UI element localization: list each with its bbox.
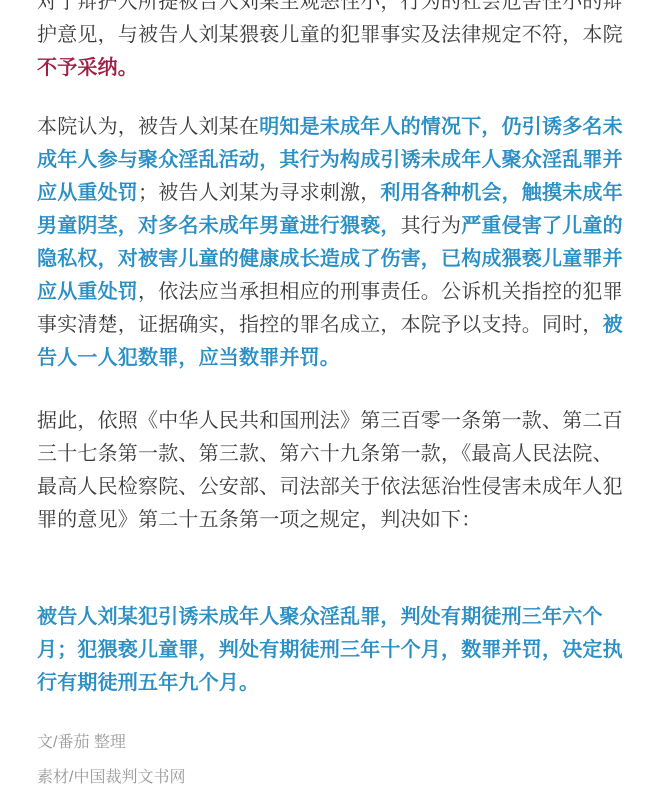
text-line: 成年人参与聚众淫乱活动，其行为构成引诱未成年人聚众淫乱罪并 bbox=[37, 144, 617, 177]
text-line: 本院认为，被告人刘某在明知是未成年人的情况下，仍引诱多名未 bbox=[37, 111, 617, 144]
text-segment-blue: 月；犯猥亵儿童罪，判处有期徒刑三年十个月，数罪并罚，决定执 bbox=[37, 639, 623, 661]
text-segment-blue: 应从重处罚 bbox=[37, 281, 138, 303]
text-segment-red: 不予采纳。 bbox=[37, 57, 138, 79]
text-line: 应从重处罚；被告人刘某为寻求刺激，利用各种机会，触摸未成年 bbox=[37, 177, 617, 210]
text-line: 不予采纳。 bbox=[37, 52, 617, 85]
text-line: 事实清楚，证据确实，指控的罪名成立，本院予以支持。同时，被 bbox=[37, 309, 617, 342]
text-line: 据此，依照《中华人民共和国刑法》第三百零一条第一款、第二百 bbox=[37, 405, 617, 438]
text-segment-blue: 应从重处罚 bbox=[37, 182, 138, 204]
text-segment-blue: 告人一人犯数罪，应当数罪并罚。 bbox=[37, 347, 340, 369]
text-segment-blue: 成年人参与聚众淫乱活动，其行为构成引诱未成年人聚众淫乱罪并 bbox=[37, 149, 623, 171]
para-verdict: 被告人刘某犯引诱未成年人聚众淫乱罪，判处有期徒刑三年六个月；犯猥亵儿童罪，判处有… bbox=[37, 601, 617, 700]
text-segment-blue: 被告人刘某犯引诱未成年人聚众淫乱罪，判处有期徒刑三年六个 bbox=[37, 606, 603, 628]
text-segment-blue: 明知是未成年人的情况下，仍引诱多名未 bbox=[259, 116, 623, 138]
text-line: 被告人刘某犯引诱未成年人聚众淫乱罪，判处有期徒刑三年六个 bbox=[37, 601, 617, 634]
text-line: 三十七条第一款、第三款、第六十九条第一款，《最高人民法院、 bbox=[37, 438, 617, 471]
text-segment-dark: 对于辩护人所提被告人刘某主观恶性小，行为的社会危害性小的辩 bbox=[37, 0, 623, 13]
para-court-opinion: 本院认为，被告人刘某在明知是未成年人的情况下，仍引诱多名未成年人参与聚众淫乱活动… bbox=[37, 111, 617, 375]
text-segment-blue: 严重侵害了儿童的 bbox=[461, 215, 623, 237]
text-line: 男童阴茎，对多名未成年男童进行猥亵，其行为严重侵害了儿童的 bbox=[37, 210, 617, 243]
text-line: 护意见，与被告人刘某猥亵儿童的犯罪事实及法律规定不符，本院 bbox=[37, 19, 617, 52]
text-line: 最高人民检察院、公安部、司法部关于依法惩治性侵害未成年人犯 bbox=[37, 471, 617, 504]
text-segment-blue: 隐私权，对被害儿童的健康成长造成了伤害，已构成猥亵儿童罪并 bbox=[37, 248, 623, 270]
author-credit: 文/番茄 整理 bbox=[37, 725, 617, 760]
text-line: 应从重处罚，依法应当承担相应的刑事责任。公诉机关指控的犯罪 bbox=[37, 276, 617, 309]
text-segment-dark: 最高人民检察院、公安部、司法部关于依法惩治性侵害未成年人犯 bbox=[37, 476, 623, 498]
article-body: 对于辩护人所提被告人刘某主观恶性小，行为的社会危害性小的辩护意见，与被告人刘某猥… bbox=[37, 0, 617, 700]
text-segment-dark: ，依法应当承担相应的刑事责任。公诉机关指控的犯罪 bbox=[138, 281, 623, 303]
text-segment-dark: 据此，依照《中华人民共和国刑法》第三百零一条第一款、第二百 bbox=[37, 410, 623, 432]
text-segment-dark: 罪的意见》第二十五条第一项之规定，判决如下： bbox=[37, 509, 481, 531]
text-line: 告人一人犯数罪，应当数罪并罚。 bbox=[37, 342, 617, 375]
source-credit: 素材/中国裁判文书网 bbox=[37, 760, 617, 795]
para-ruling-rejection: 对于辩护人所提被告人刘某主观恶性小，行为的社会危害性小的辩护意见，与被告人刘某猥… bbox=[37, 0, 617, 85]
article-content: 对于辩护人所提被告人刘某主观恶性小，行为的社会危害性小的辩护意见，与被告人刘某猥… bbox=[0, 0, 653, 795]
text-line: 罪的意见》第二十五条第一项之规定，判决如下： bbox=[37, 504, 617, 537]
text-segment-dark: 三十七条第一款、第三款、第六十九条第一款，《最高人民法院、 bbox=[37, 443, 613, 465]
text-segment-dark: 其行为 bbox=[401, 215, 462, 237]
text-segment-dark: 事实清楚，证据确实，指控的罪名成立，本院予以支持。同时， bbox=[37, 314, 603, 336]
text-line: 月；犯猥亵儿童罪，判处有期徒刑三年十个月，数罪并罚，决定执 bbox=[37, 634, 617, 667]
text-segment-blue: 被 bbox=[603, 314, 623, 336]
text-segment-blue: 男童阴茎，对多名未成年男童进行猥亵， bbox=[37, 215, 401, 237]
text-segment-dark: ；被告人刘某为寻求刺激， bbox=[138, 182, 380, 204]
para-legal-basis: 据此，依照《中华人民共和国刑法》第三百零一条第一款、第二百三十七条第一款、第三款… bbox=[37, 405, 617, 537]
text-line: 隐私权，对被害儿童的健康成长造成了伤害，已构成猥亵儿童罪并 bbox=[37, 243, 617, 276]
text-line: 行有期徒刑五年九个月。 bbox=[37, 667, 617, 700]
text-line: 对于辩护人所提被告人刘某主观恶性小，行为的社会危害性小的辩 bbox=[37, 0, 617, 19]
text-segment-blue: 行有期徒刑五年九个月。 bbox=[37, 672, 259, 694]
text-segment-blue: 利用各种机会，触摸未成年 bbox=[380, 182, 622, 204]
article-footer: 文/番茄 整理 素材/中国裁判文书网 bbox=[37, 725, 617, 795]
text-segment-dark: 护意见，与被告人刘某猥亵儿童的犯罪事实及法律规定不符，本院 bbox=[37, 24, 623, 46]
text-segment-dark: 本院认为，被告人刘某在 bbox=[37, 116, 259, 138]
